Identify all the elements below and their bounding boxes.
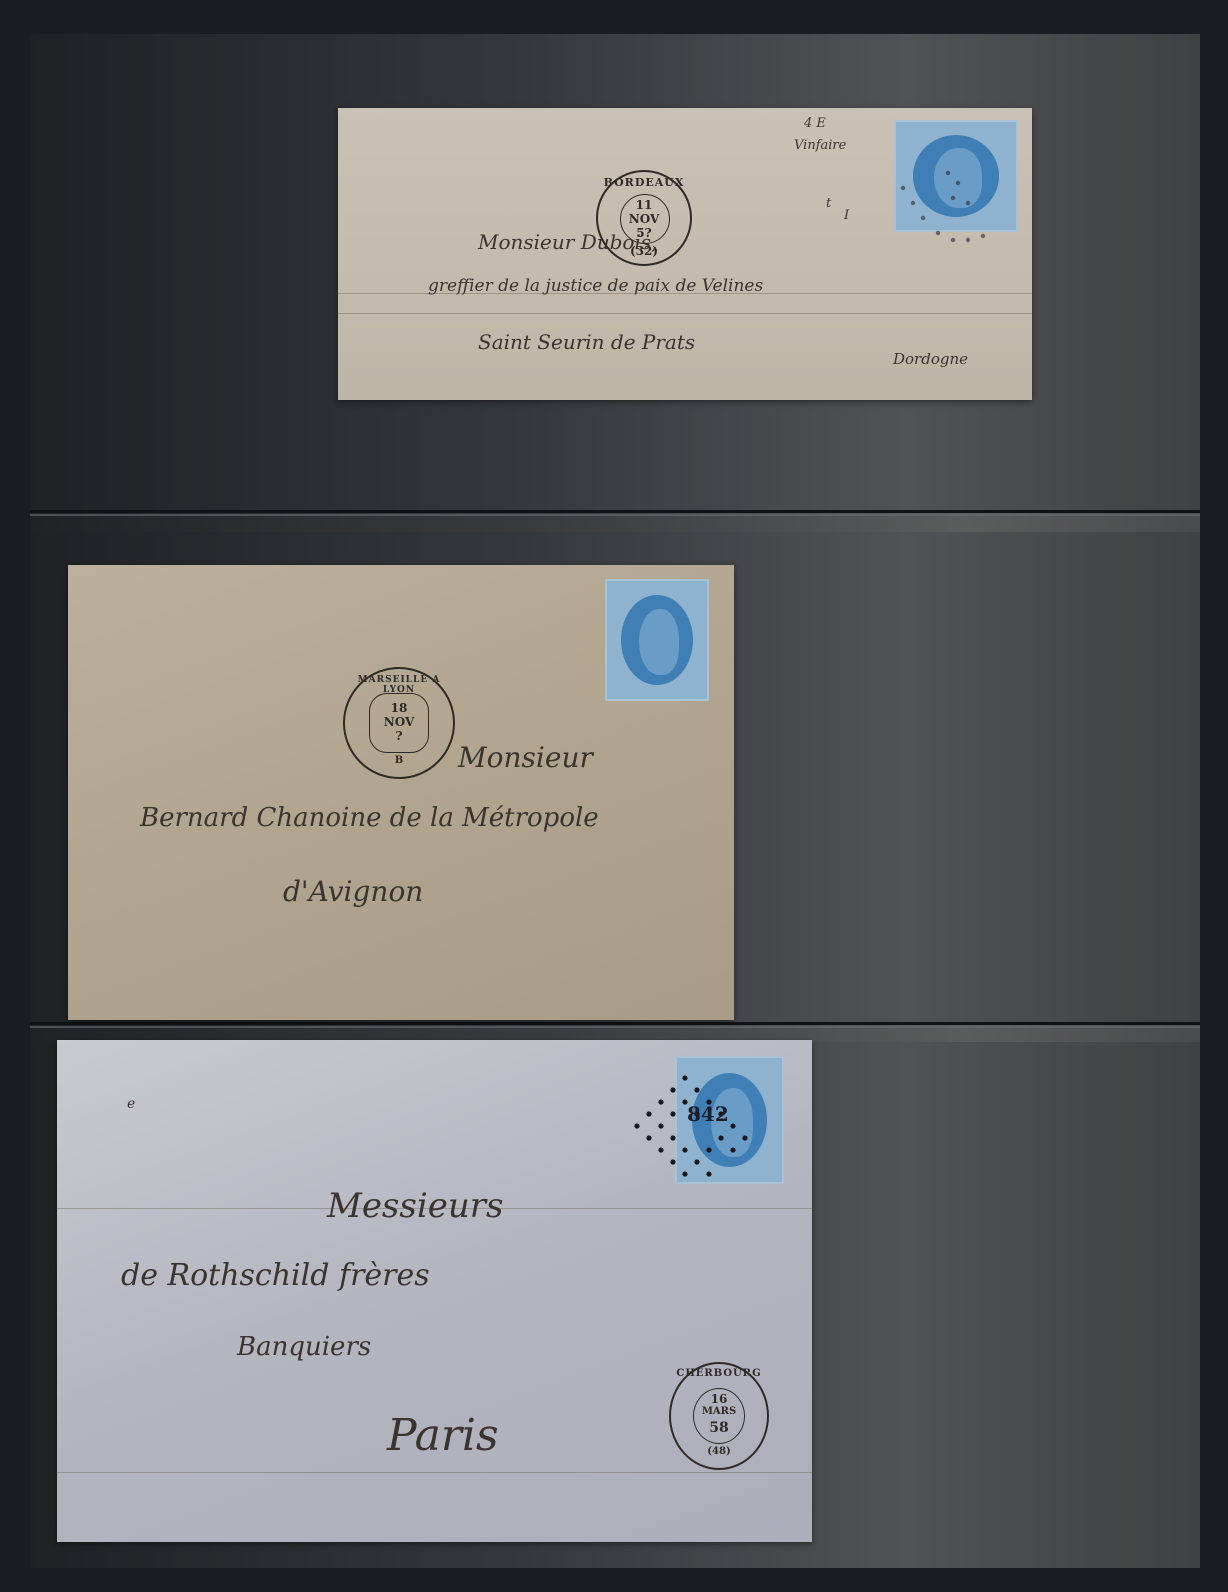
cover-bordeaux: BORDEAUX 11 NOV 5? (32) 4 E Vinfaire t I… (338, 108, 1032, 400)
cover-cherbourg: 842 CHERBOURG 16 MARS 58 (48) e Messieur… (57, 1040, 812, 1542)
note: Vinfaire (794, 138, 846, 153)
stamp (605, 579, 709, 701)
address-line: Bernard Chanoine de la Métropole (140, 803, 599, 833)
address-line: Monsieur Dubois, (478, 230, 657, 254)
address-line: d'Avignon (283, 875, 423, 908)
address-line: de Rothschild frères (121, 1258, 430, 1293)
address-line: Monsieur (458, 741, 593, 774)
note: e (127, 1096, 135, 1112)
cover-marseille-lyon: MARSEILLE A LYON 18 NOV ? B Monsieur Ber… (68, 565, 734, 1020)
address-line: Dordogne (893, 350, 968, 368)
strip-divider (30, 1022, 1200, 1025)
lozenge-cancel-icon (878, 128, 1018, 258)
postmark-cherbourg: CHERBOURG 16 MARS 58 (48) (669, 1362, 769, 1470)
postmark-marseille-lyon: MARSEILLE A LYON 18 NOV ? B (343, 667, 455, 779)
address-line: Paris (387, 1410, 499, 1461)
address-line: Messieurs (327, 1186, 503, 1226)
strip-divider (30, 510, 1200, 513)
note: 4 E (804, 116, 826, 131)
numeral-cancel: 842 (687, 1102, 729, 1126)
address-line: greffier de la justice de paix de Veline… (428, 276, 763, 296)
lozenge-cancel-icon (627, 1066, 787, 1186)
strip-shine (30, 514, 1200, 516)
address-line: Banquiers (237, 1332, 371, 1362)
note: I (844, 208, 849, 223)
strip-shine (30, 1026, 1200, 1028)
address-line: Saint Seurin de Prats (478, 330, 695, 354)
note: t (826, 196, 831, 211)
